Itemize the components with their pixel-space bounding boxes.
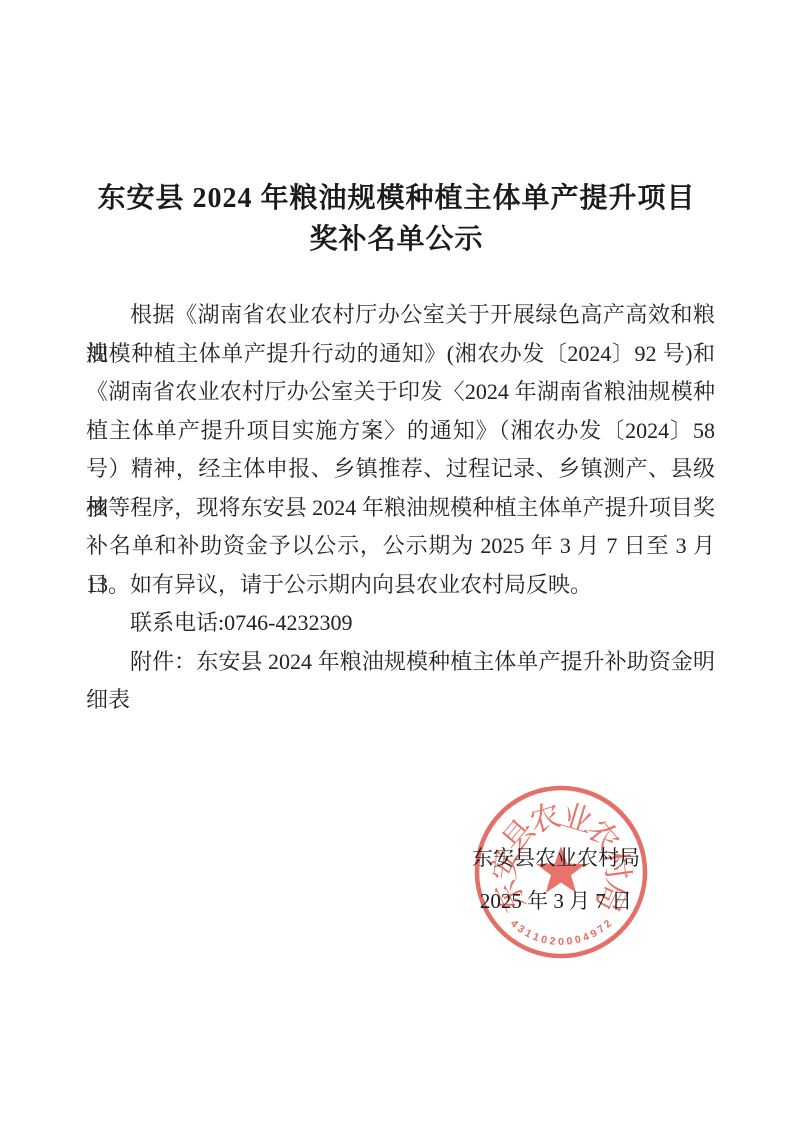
title-line-2: 奖补名单公示 (0, 219, 793, 260)
document-body: 根据《湖南省农业农村厅办公室关于开展绿色高产高效和粮油规模种植主体单产提升行动的… (86, 296, 715, 720)
seal-serial-digit: 0 (566, 935, 573, 948)
body-line: 植主体单产提升项目实施方案〉的通知》（湘农办发〔2024〕58 (86, 412, 715, 451)
seal-serial-digit: 2 (549, 935, 556, 948)
title-line-1: 东安县 2024 年粮油规模种植主体单产提升项目 (0, 178, 793, 219)
page: 东安县 2024 年粮油规模种植主体单产提升项目 奖补名单公示 根据《湖南省农业… (0, 0, 793, 1122)
body-line: 日。如有异议，请于公示期内向县农业农村局反映。 (86, 566, 715, 605)
body-line: 根据《湖南省农业农村厅办公室关于开展绿色高产高效和粮油 (86, 296, 715, 335)
body-line: 规模种植主体单产提升行动的通知》(湘农办发〔2024〕92 号)和 (86, 335, 715, 374)
seal-serial-digit: 0 (558, 936, 564, 948)
body-line: 《湖南省农业农村厅办公室关于印发〈2024 年湖南省粮油规模种 (86, 373, 715, 412)
signature-org: 东安县农业农村局 (416, 842, 696, 872)
body-line: 附件：东安县 2024 年粮油规模种植主体单产提升补助资金明 (86, 643, 715, 682)
signature-date: 2025 年 3 月 7 日 (416, 885, 696, 915)
seal-serial-digit: 0 (574, 933, 583, 946)
document-title: 东安县 2024 年粮油规模种植主体单产提升项目 奖补名单公示 (0, 178, 793, 260)
body-line: 联系电话:0746-4232309 (86, 604, 715, 643)
seal-serial-digit: 1 (531, 931, 541, 944)
seal-serial-digit: 0 (540, 933, 549, 946)
body-line: 核等程序，现将东安县 2024 年粮油规模种植主体单产提升项目奖 (86, 489, 715, 528)
body-line: 细表 (86, 681, 715, 720)
body-line: 号）精神，经主体申报、乡镇推荐、过程记录、乡镇测产、县级抽 (86, 450, 715, 489)
official-seal: 东安县农业农村局4311020004972 (431, 742, 691, 1002)
body-line: 补名单和补助资金予以公示，公示期为 2025 年 3 月 7 日至 3 月 13 (86, 527, 715, 566)
